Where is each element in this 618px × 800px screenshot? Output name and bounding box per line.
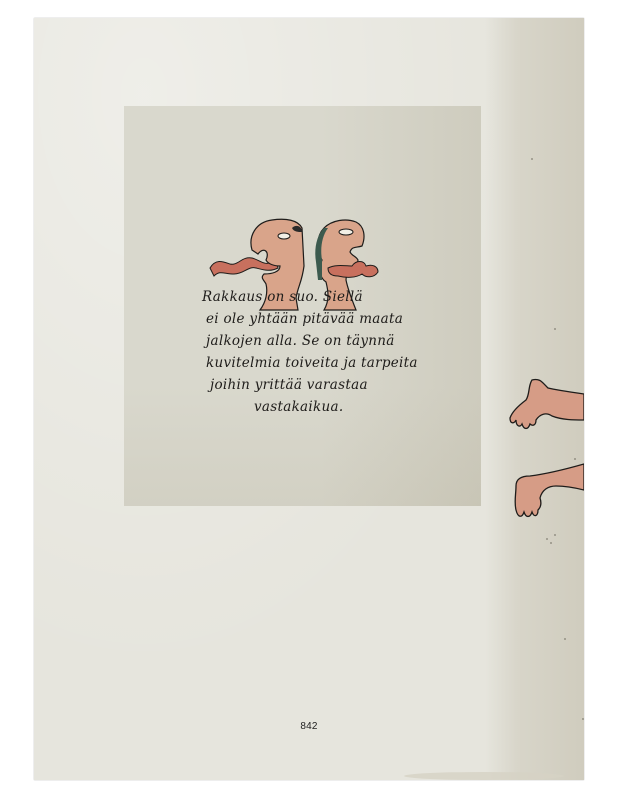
poem-line: jalkojen alla. Se on täynnä <box>202 330 412 352</box>
paper-speck <box>550 542 552 544</box>
paper-speck <box>564 638 566 640</box>
poem-line: Rakkaus on suo. Siellä <box>202 286 412 308</box>
legs-illustration <box>486 368 584 538</box>
paper-speck <box>574 458 576 460</box>
paper-speck <box>531 158 533 160</box>
torn-page-edge <box>404 772 564 780</box>
handwritten-poem: Rakkaus on suo. Siellä ei ole yhtään pit… <box>202 286 412 418</box>
poem-line: joihin yrittää varastaa <box>202 374 412 396</box>
paper-speck <box>546 538 548 540</box>
paper-speck <box>554 534 556 536</box>
paper-speck <box>582 718 584 720</box>
illustration-plate: Rakkaus on suo. Siellä ei ole yhtään pit… <box>124 106 481 506</box>
poem-line: ei ole yhtään pitävää maata <box>202 308 412 330</box>
page-number: 842 <box>34 721 584 732</box>
book-page: Rakkaus on suo. Siellä ei ole yhtään pit… <box>34 18 584 780</box>
poem-line: vastakaikua. <box>202 396 412 418</box>
paper-speck <box>554 328 556 330</box>
poem-line: kuvitelmia toiveita ja tarpeita <box>202 352 412 374</box>
